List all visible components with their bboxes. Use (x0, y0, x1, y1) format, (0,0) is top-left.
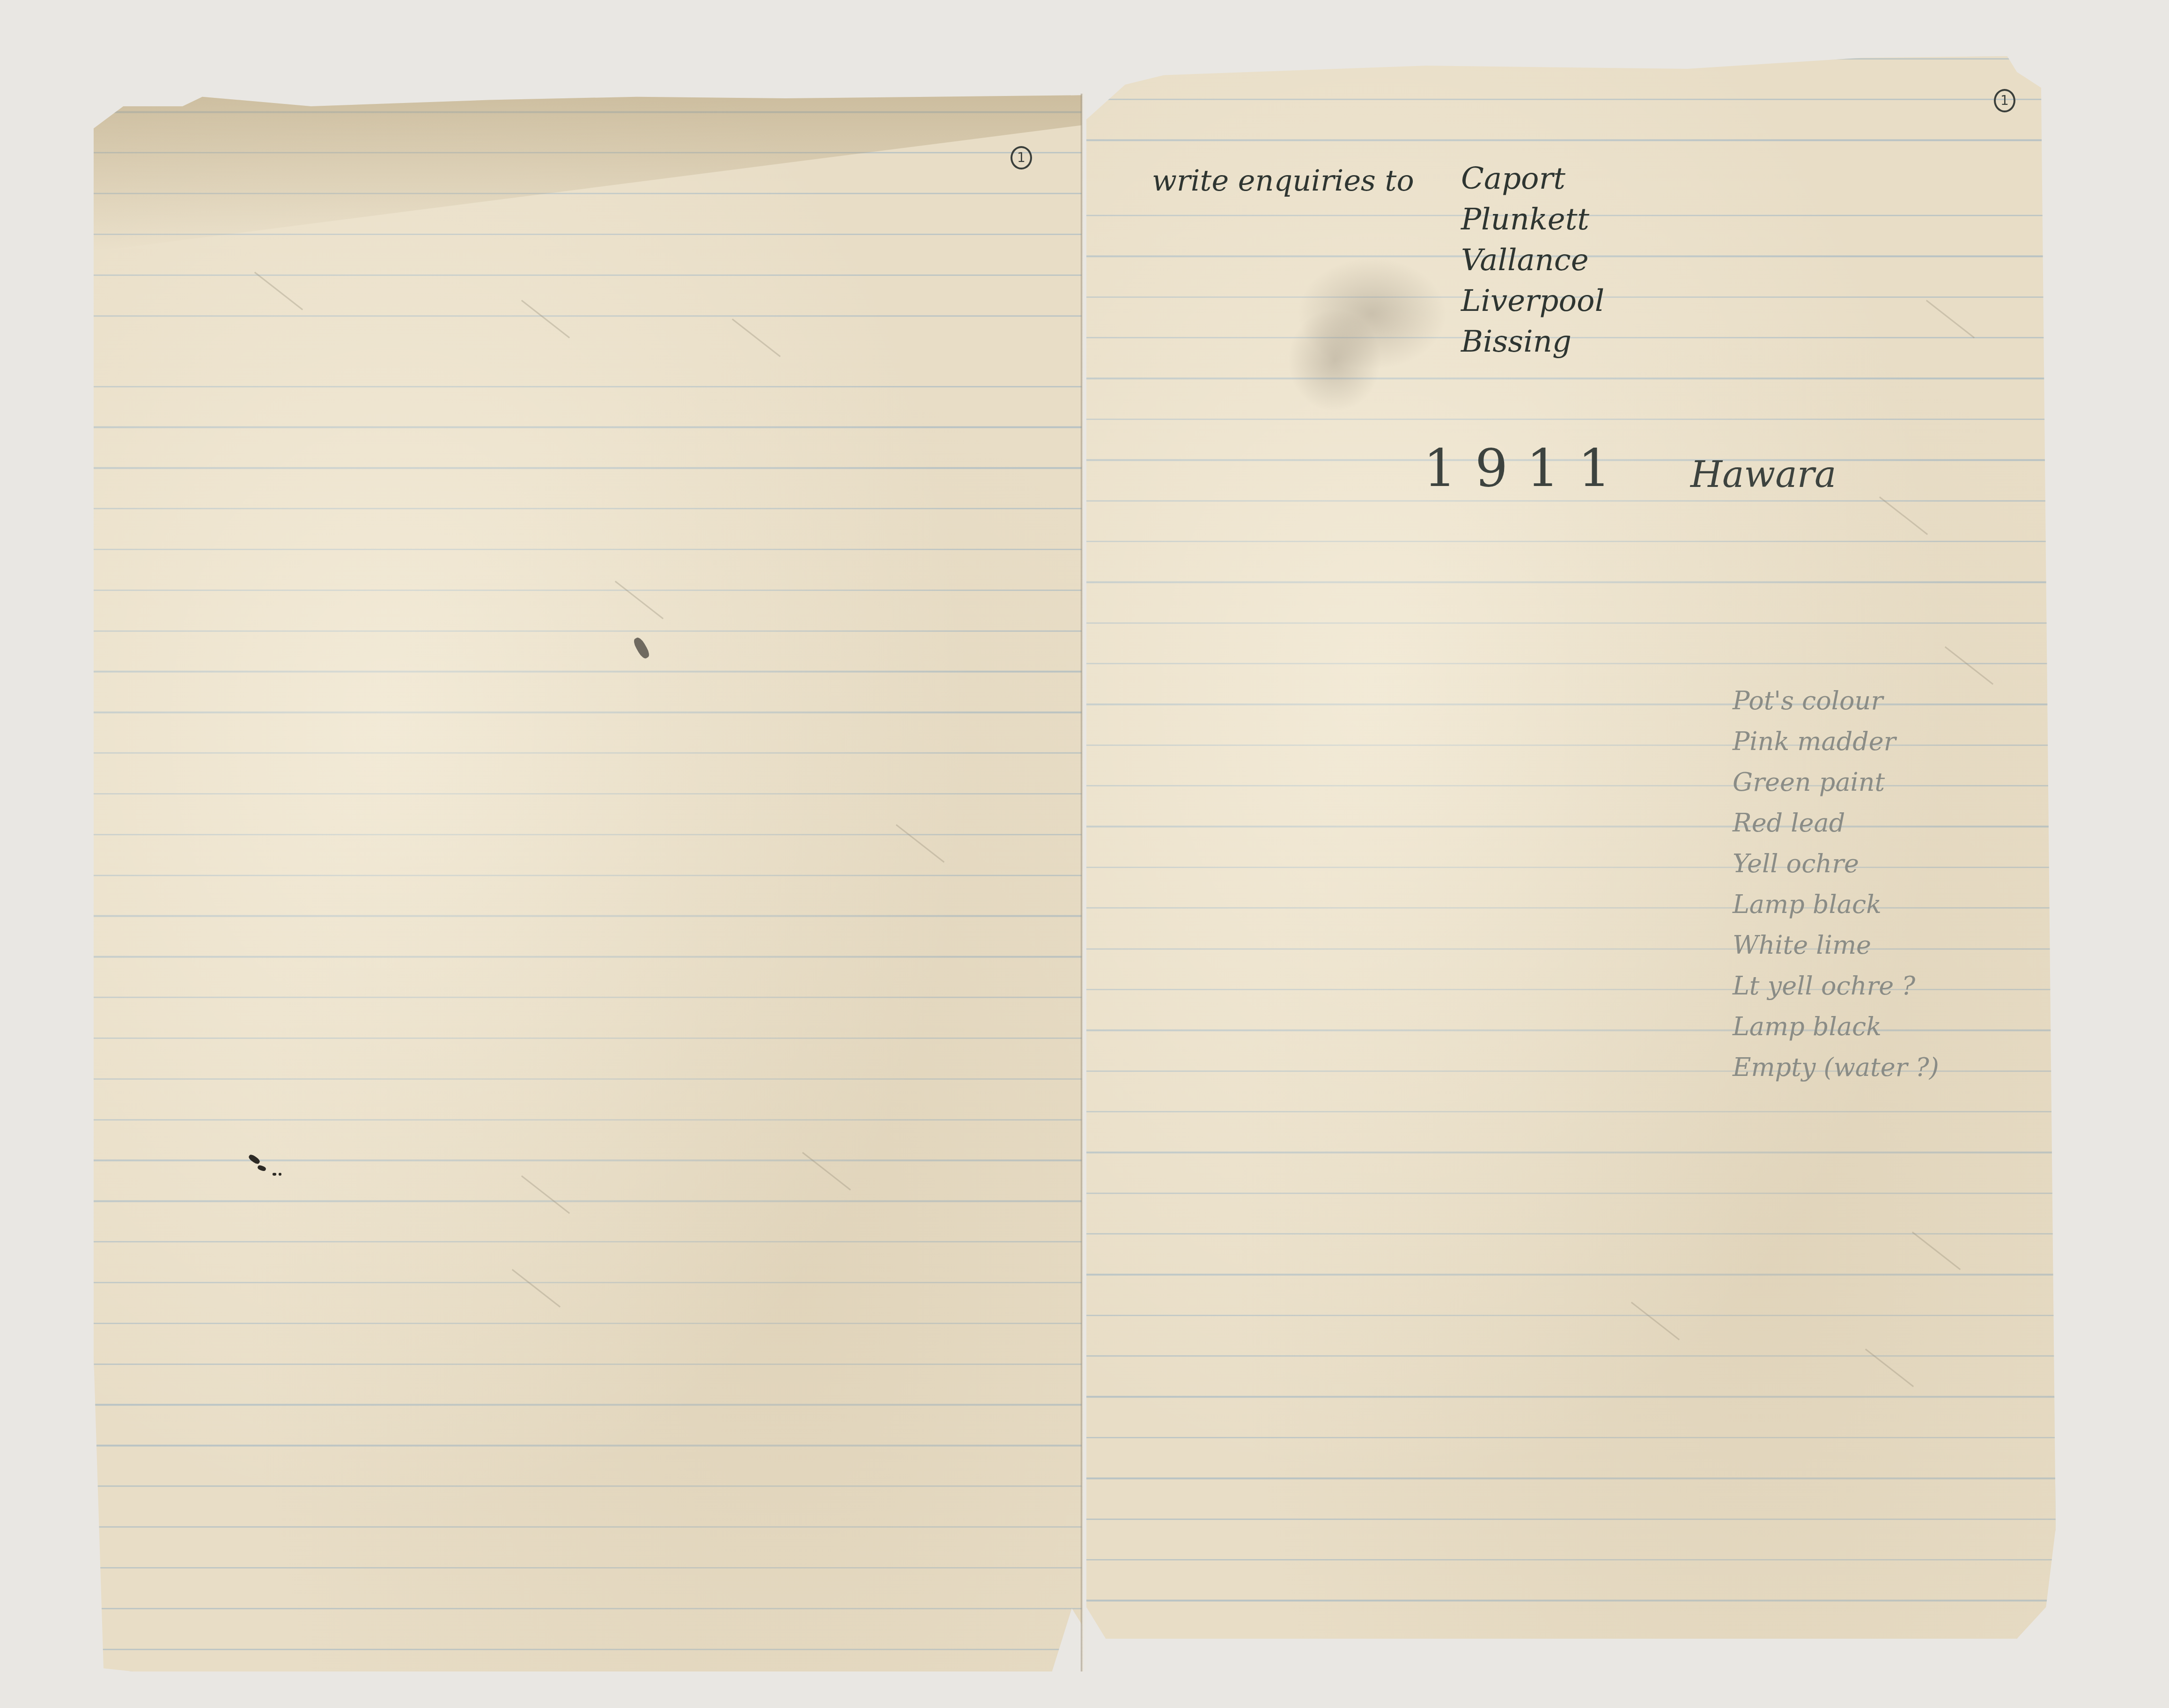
list-item: White lime (1733, 933, 1939, 973)
show-through-mark (521, 300, 570, 338)
show-through-mark (732, 318, 781, 357)
list-item: Red lead (1733, 810, 1939, 851)
smudge-stain (1288, 309, 1381, 412)
list-item: Pink madder (1733, 729, 1939, 770)
list-item: Lt yell ochre ? (1733, 973, 1939, 1014)
heading-place: Hawara (1690, 456, 1837, 493)
show-through-mark (521, 1175, 570, 1214)
list-item: Lamp black (1733, 1014, 1939, 1055)
enquiry-names-list: Caport Plunkett Vallance Liverpool Bissi… (1461, 164, 1604, 368)
folio-number-left: 1 (1011, 146, 1032, 169)
left-page (94, 94, 1082, 1671)
list-item: Vallance (1461, 245, 1604, 286)
note-lead-text: write enquiries to (1152, 166, 1414, 195)
ink-blot (257, 1164, 266, 1172)
list-item: Caport (1461, 164, 1604, 205)
list-item: Lamp black (1733, 892, 1939, 933)
folio-number-right: 1 (1994, 89, 2015, 112)
list-item: Pot's colour (1733, 688, 1939, 729)
show-through-mark (1879, 496, 1928, 535)
show-through-mark (1631, 1302, 1680, 1340)
ink-blot (273, 1173, 276, 1176)
ink-blot (279, 1173, 281, 1176)
ink-smudge (632, 636, 651, 660)
show-through-mark (254, 272, 303, 310)
list-item: Empty (water ?) (1733, 1055, 1939, 1096)
list-item: Yell ochre (1733, 851, 1939, 892)
show-through-mark (1945, 646, 1993, 685)
pigment-pencil-list: Pot's colour Pink madder Green paint Red… (1733, 688, 1939, 1096)
show-through-mark (615, 581, 664, 619)
ink-blot (248, 1154, 261, 1165)
show-through-mark (896, 824, 944, 862)
center-fold (1081, 94, 1084, 1671)
list-item: Green paint (1733, 770, 1939, 810)
list-item: Plunkett (1461, 205, 1604, 245)
show-through-mark (512, 1269, 561, 1307)
list-item: Bissing (1461, 327, 1604, 368)
show-through-mark (1865, 1348, 1914, 1387)
show-through-mark (1926, 300, 1975, 338)
heading-year: 1911 (1424, 442, 1630, 494)
list-item: Liverpool (1461, 286, 1604, 327)
show-through-mark (1912, 1231, 1961, 1270)
show-through-mark (802, 1152, 851, 1190)
